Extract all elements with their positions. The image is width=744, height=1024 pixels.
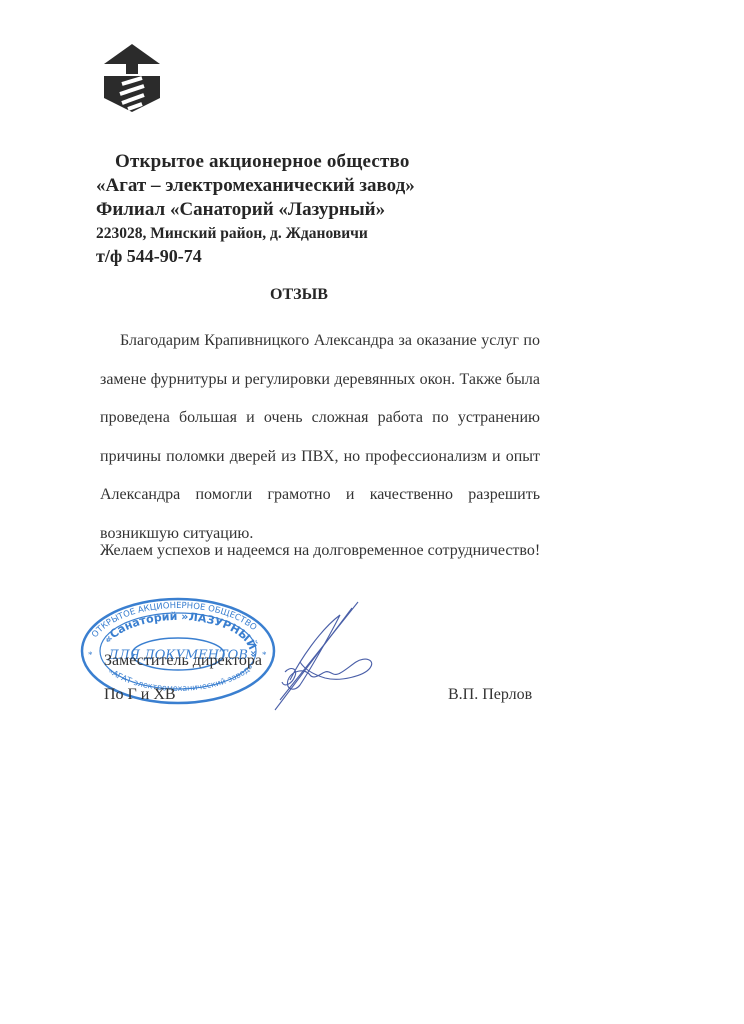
signature-icon [270,600,380,715]
org-type: Открытое акционерное общество [115,150,415,174]
signer-position-line2: По Г и ХВ [104,686,176,704]
signer-position-line1: Заместитель директора [104,652,262,670]
letterhead: Открытое акционерное общество «Агат – эл… [96,150,415,268]
svg-text:*: * [88,650,93,660]
address: 223028, Минский район, д. Ждановичи [96,222,415,245]
signer-name: В.П. Перлов [448,686,532,704]
branch-name: Филиал «Санаторий «Лазурный» [96,198,415,222]
closing-line: Желаем успехов и надеемся на долговремен… [100,542,540,560]
company-logo-icon [100,42,164,114]
body-text: Благодарим Крапивницкого Александра за о… [100,332,540,542]
svg-text:*: * [262,650,267,660]
body-paragraph: Благодарим Крапивницкого Александра за о… [100,322,540,553]
org-name: «Агат – электромеханический завод» [96,174,415,198]
phone: т/ф 544-90-74 [96,245,415,268]
document-title: ОТЗЫВ [270,286,328,304]
